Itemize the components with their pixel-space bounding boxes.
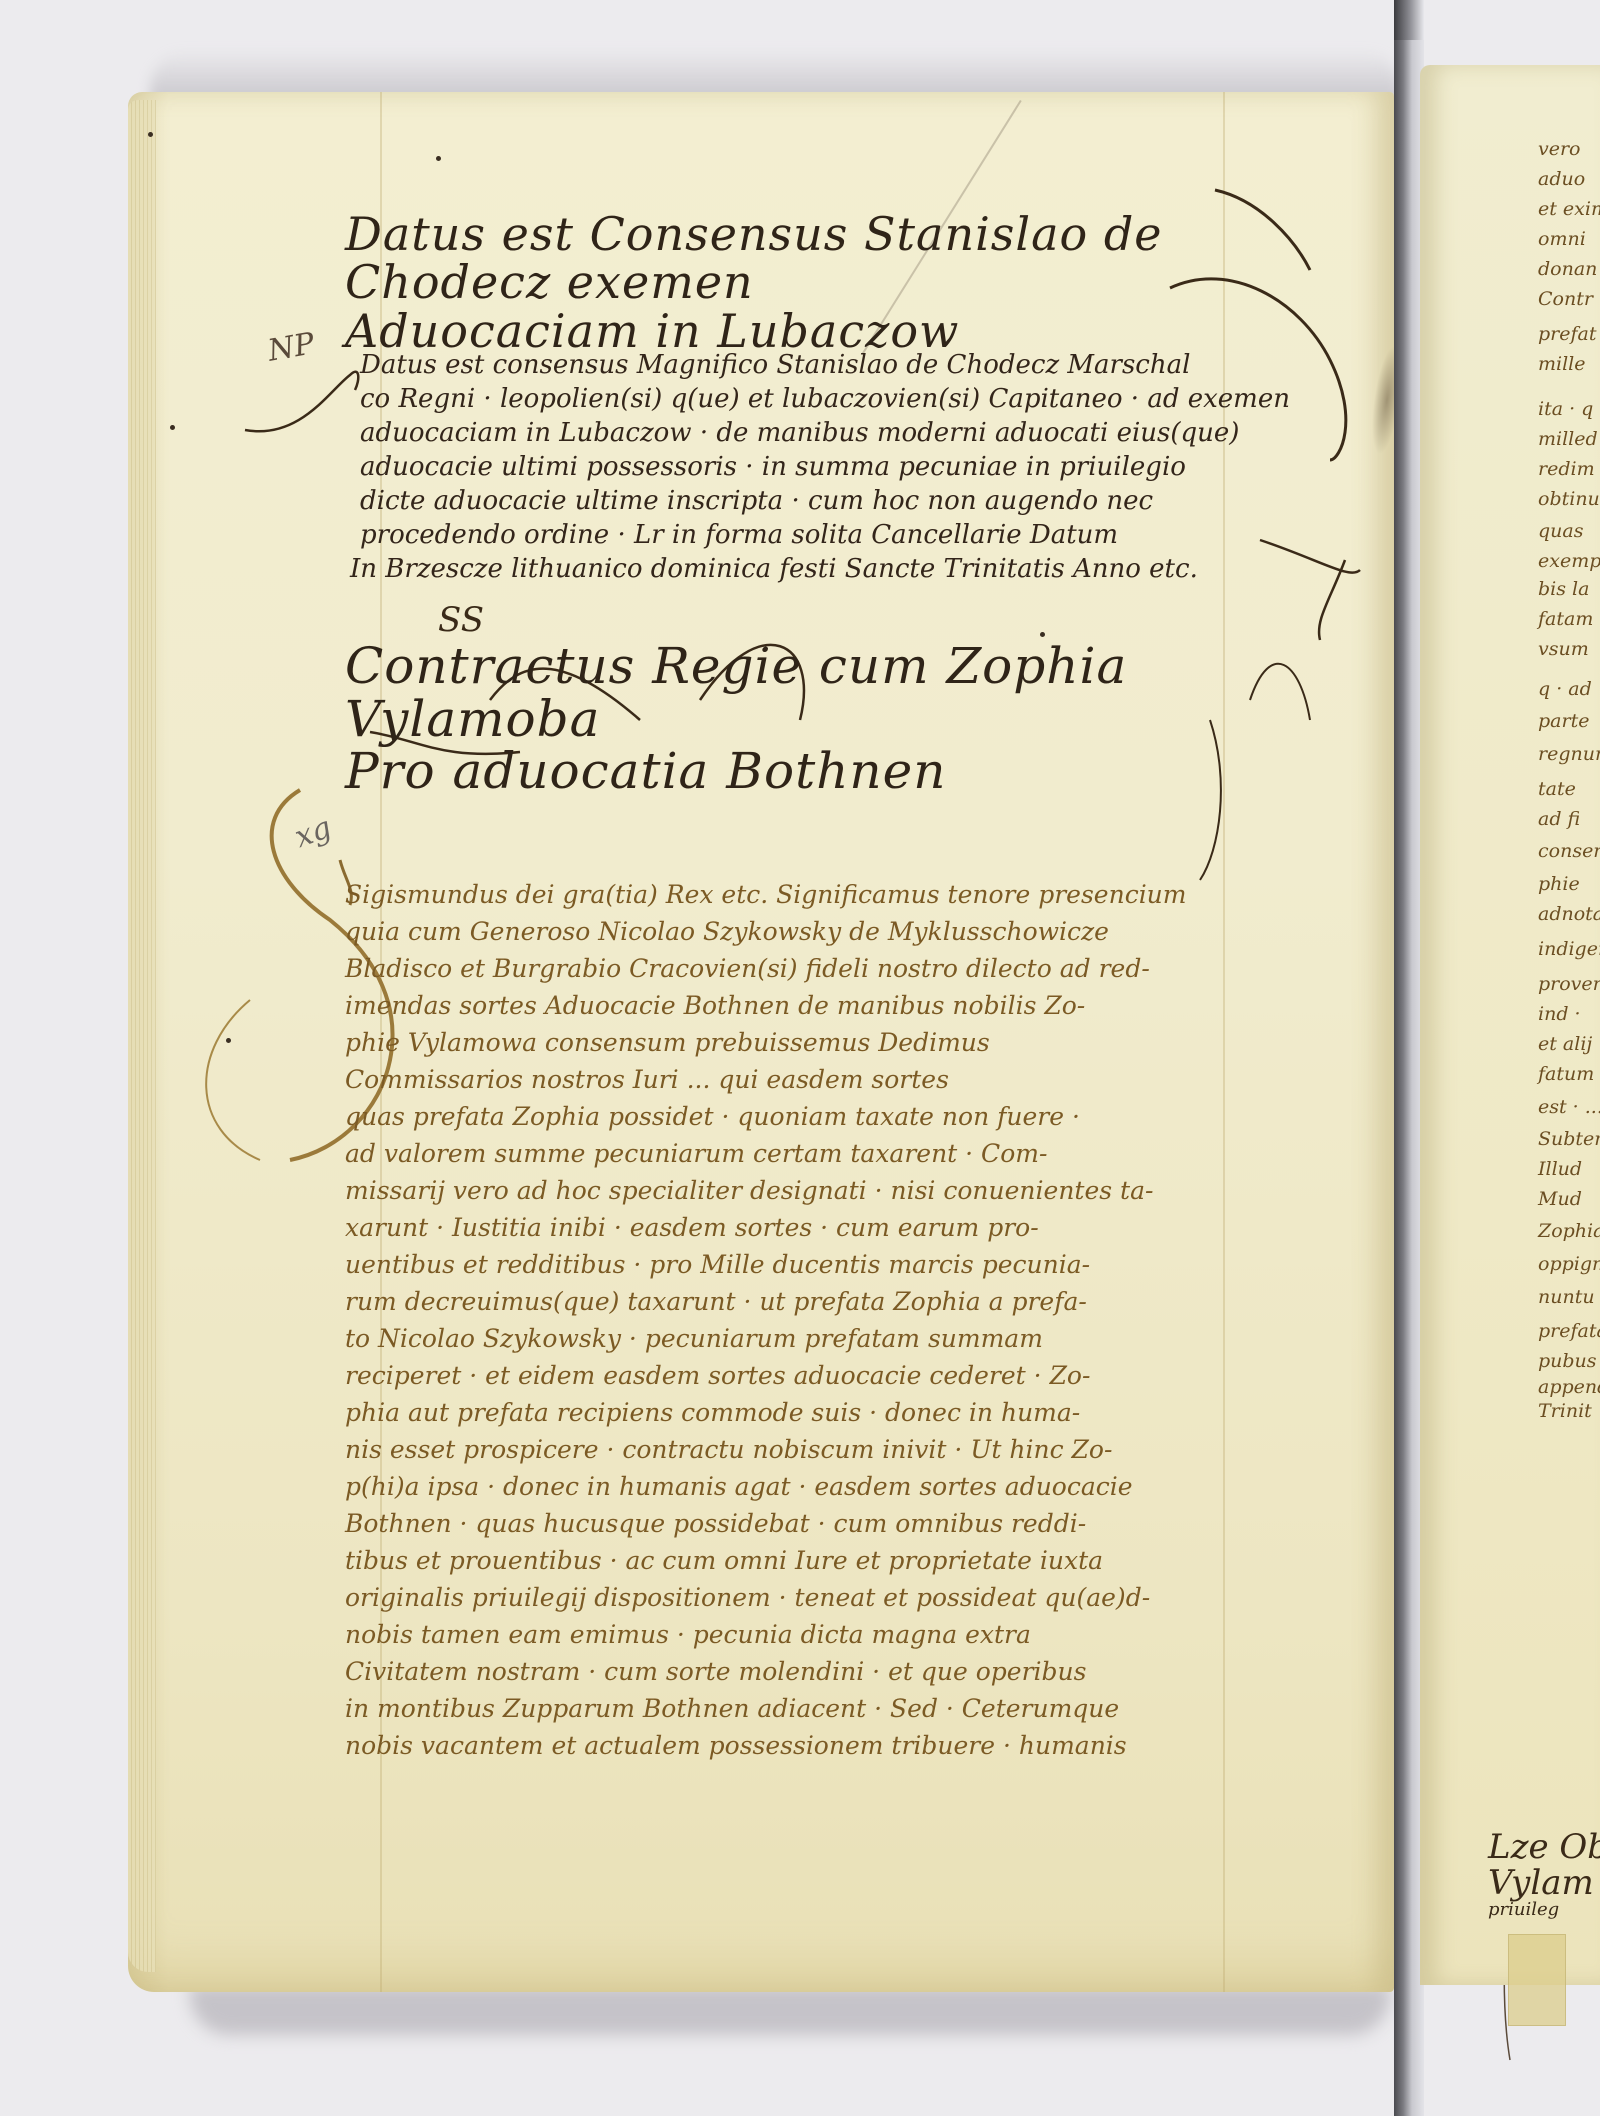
text-line: in montibus Zupparum Bothnen adiacent · … [345,1694,1119,1723]
text-line: imendas sortes Aduocacie Bothnen de mani… [345,991,1085,1020]
text-line: phia aut prefata recipiens commode suis … [345,1398,1080,1427]
ruling-line-right [1223,92,1225,1992]
text-fragment: phie [1538,873,1580,895]
margin-note-ss: SS [438,600,484,640]
text-line: ad valorem summe pecuniarum certam taxar… [345,1139,1047,1168]
text-line: reciperet · et eidem easdem sortes aduoc… [345,1361,1090,1390]
right-heading-line-3: priuileg [1488,1901,1600,1920]
text-fragment: prefata [1538,1320,1600,1342]
text-line: Civitatem nostram · cum sorte molendini … [345,1657,1086,1686]
text-fragment: obtinu [1538,488,1600,510]
text-fragment: parte [1538,710,1589,732]
text-fragment: et alij [1538,1033,1592,1055]
page-edge-stack [128,100,156,1972]
text-line: dicte aduocacie ultime inscripta · cum h… [360,486,1153,516]
text-line: rum decreuimus(que) taxarunt · ut prefat… [345,1287,1087,1316]
text-fragment: tate [1538,778,1576,800]
text-fragment: quas [1538,520,1583,542]
text-fragment: milled [1538,428,1598,450]
text-fragment: aduo [1538,168,1585,190]
text-line: missarij vero ad hoc specialiter designa… [345,1176,1153,1205]
repair-tape [1508,1934,1566,2026]
text-line: Commissarios nostros Iuri ... qui easdem… [345,1065,949,1094]
text-fragment: donan [1538,258,1597,280]
text-line: aduocacie ultimi possessoris · in summa … [360,452,1186,482]
text-fragment: regnum [1538,743,1600,765]
text-fragment: q · ad [1538,678,1592,700]
ink-dot [170,425,175,430]
text-line: Datus est consensus Magnifico Stanislao … [360,350,1190,380]
entry-2-heading: Contractus Regie cum Zophia Vylamoba Pro… [345,640,1305,798]
text-fragment: oppigno [1538,1253,1600,1275]
text-line: In Brzescze lithuanico dominica festi Sa… [350,554,1198,584]
text-fragment: ind · [1538,1003,1581,1025]
text-fragment: fatam [1538,608,1593,630]
text-line: xarunt · Iustitia inibi · easdem sortes … [345,1213,1039,1242]
text-fragment: vero [1538,138,1581,160]
text-fragment: est · ... [1538,1096,1600,1118]
page-shadow-bottom [190,1985,1390,2035]
text-fragment: ad fi [1538,808,1580,830]
text-fragment: Contr [1538,288,1593,310]
text-fragment: adnota [1538,903,1600,925]
text-fragment: Trinit [1538,1400,1592,1422]
text-fragment: pubus [1538,1350,1597,1372]
text-line: to Nicolao Szykowsky · pecuniarum prefat… [345,1324,1043,1353]
text-fragment: Zophia [1538,1220,1600,1242]
text-fragment: exempt [1538,550,1600,572]
text-fragment: mille [1538,353,1586,375]
text-line: p(hi)a ipsa · donec in humanis agat · ea… [345,1472,1133,1501]
text-line: uentibus et redditibus · pro Mille ducen… [345,1250,1090,1279]
text-fragment: vsum [1538,638,1589,660]
ink-dot [148,132,153,137]
ink-dot [436,156,441,161]
right-heading-line-1: Lze Ob [1488,1830,1600,1866]
text-line: nis esset prospicere · contractu nobiscu… [345,1435,1112,1464]
text-line: nobis vacantem et actualem possessionem … [345,1731,1127,1760]
text-fragment: ita · q [1538,398,1593,420]
text-line: co Regni · leopolien(si) q(ue) et lubacz… [360,384,1290,414]
ink-dot [226,1038,231,1043]
text-line: quia cum Generoso Nicolao Szykowsky de M… [345,917,1109,946]
entry-1-heading-line-2: Aduocaciam in Lubaczow [345,307,1305,355]
text-fragment: Subtem [1538,1128,1600,1150]
text-fragment: Mud [1538,1188,1582,1210]
text-line: Sigismundus dei gra(tia) Rex etc. Signif… [345,880,1187,909]
text-fragment: omni [1538,228,1586,250]
text-fragment: indigen [1538,938,1600,960]
text-fragment: proven [1538,973,1600,995]
text-fragment: nuntu [1538,1286,1595,1308]
text-line: quas prefata Zophia possidet · quoniam t… [345,1102,1080,1131]
entry-1-heading-line-1: Datus est Consensus Stanislao de Chodecz… [345,210,1305,307]
text-line: tibus et prouentibus · ac cum omni Iure … [345,1546,1103,1575]
text-fragment: prefat [1538,323,1596,345]
entry-2-heading-line-1: Contractus Regie cum Zophia Vylamoba [345,640,1305,745]
text-line: Bladisco et Burgrabio Cracovien(si) fide… [345,954,1150,983]
text-fragment: appende [1538,1376,1600,1398]
text-fragment: fatum [1538,1063,1594,1085]
text-line: originalis priuilegij dispositionem · te… [345,1583,1150,1612]
text-fragment: redim [1538,458,1595,480]
entry-2-heading-line-2: Pro aduocatia Bothnen [345,745,1305,798]
text-line: nobis tamen eam emimus · pecunia dicta m… [345,1620,1031,1649]
right-page-heading-fragment: Lze Ob Vylam priuileg [1488,1830,1600,1920]
text-fragment: et exim [1538,198,1600,220]
text-fragment: Illud [1538,1158,1582,1180]
text-line: aduocaciam in Lubaczow · de manibus mode… [360,418,1239,448]
text-line: phie Vylamowa consensum prebuissemus Ded… [345,1028,990,1057]
text-line: procedendo ordine · Lr in forma solita C… [360,520,1118,550]
text-fragment: consens [1538,840,1600,862]
text-line: Bothnen · quas hucusque possidebat · cum… [345,1509,1086,1538]
right-heading-line-2: Vylam [1488,1866,1600,1902]
text-fragment: bis la [1538,578,1589,600]
entry-1-heading: Datus est Consensus Stanislao de Chodecz… [345,210,1305,355]
